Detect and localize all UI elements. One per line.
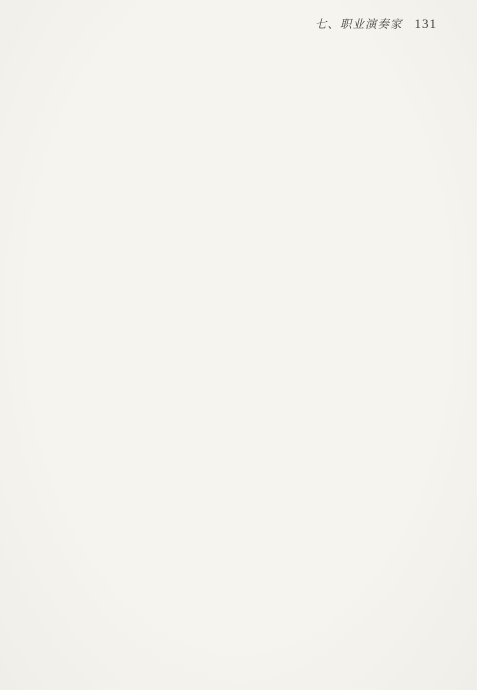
text-line <box>95 604 437 624</box>
text-line <box>95 253 437 273</box>
text-line <box>95 643 437 663</box>
text-line <box>95 565 437 585</box>
text-line <box>95 507 437 527</box>
text-line <box>95 214 437 234</box>
body-text <box>95 58 437 663</box>
text-line <box>95 117 437 137</box>
text-line <box>95 351 437 371</box>
chapter-title: 七、职业演奏家 <box>315 19 403 31</box>
text-line <box>95 58 437 78</box>
text-line <box>95 546 437 566</box>
text-line <box>95 78 437 98</box>
text-line <box>95 331 437 351</box>
text-line <box>95 429 437 449</box>
text-line <box>95 273 437 293</box>
text-line <box>95 292 437 312</box>
text-line <box>95 97 437 117</box>
text-line <box>95 585 437 605</box>
text-line <box>95 312 437 332</box>
text-line <box>95 156 437 176</box>
text-line <box>95 526 437 546</box>
page-number: 131 <box>415 16 438 31</box>
running-header: 七、职业演奏家131 <box>95 15 437 33</box>
text-line <box>95 136 437 156</box>
text-line <box>95 370 437 390</box>
text-line <box>95 487 437 507</box>
text-line <box>95 390 437 410</box>
text-line <box>95 409 437 429</box>
text-line <box>95 175 437 195</box>
book-page: 七、职业演奏家131 <box>0 0 477 690</box>
text-line <box>95 448 437 468</box>
text-line <box>95 234 437 254</box>
text-line <box>95 468 437 488</box>
text-line <box>95 195 437 215</box>
text-line <box>95 624 437 644</box>
